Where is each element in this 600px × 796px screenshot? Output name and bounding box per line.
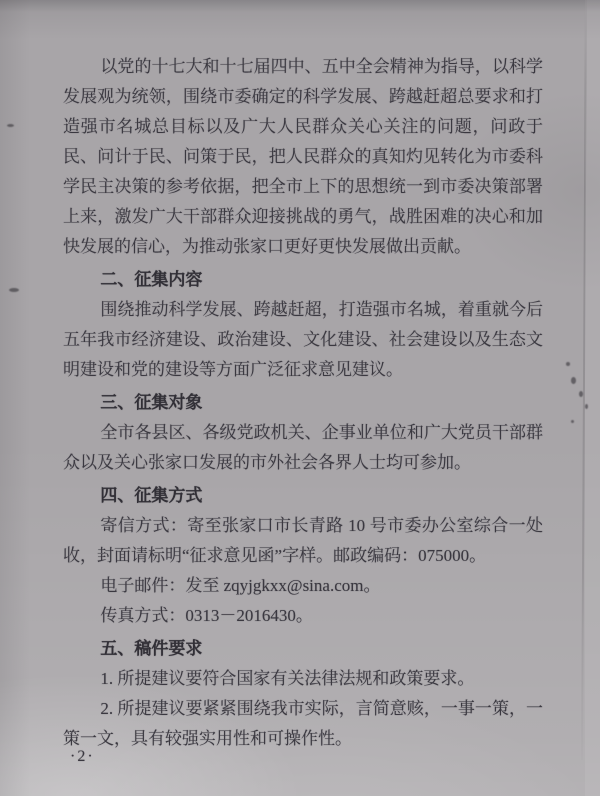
paper-smudge <box>571 377 576 384</box>
paragraph-collection-targets: 全市各县区、各级党政机关、企事业单位和广大党员干部群众以及关心张家口发展的市外社… <box>63 418 543 478</box>
paragraph-requirement-2: 2. 所提建议要紧紧围绕我市实际，言简意赅，一事一策，一策一文，具有较强实用性和… <box>63 694 543 754</box>
paper-smudge <box>579 391 583 397</box>
paragraph-email-method: 电子邮件：发至 zqyjgkxx@sina.com。 <box>63 571 543 601</box>
paper-smudge <box>9 288 19 292</box>
paragraph-fax-method: 传真方式：0313－2016430。 <box>63 601 543 631</box>
paragraph-requirement-1: 1. 所提建议要符合国家有关法律法规和政策要求。 <box>63 664 543 694</box>
paragraph-intro: 以党的十七大和十七届四中、五中全会精神为指导，以科学发展观为统领，围绕市委确定的… <box>63 52 543 262</box>
page-number: ·2· <box>70 748 95 766</box>
paragraph-mail-method: 寄信方式：寄至张家口市长青路 10 号市委办公室综合一处收，封面请标明“征求意见… <box>63 511 543 571</box>
section-heading-collection-content: 二、征集内容 <box>63 265 543 295</box>
section-heading-collection-methods: 四、征集方式 <box>63 481 543 511</box>
paper-smudge <box>566 362 570 366</box>
paper-smudge <box>585 404 588 409</box>
document-body: 以党的十七大和十七届四中、五中全会精神为指导，以科学发展观为统领，围绕市委确定的… <box>63 52 543 754</box>
section-heading-submission-requirements: 五、稿件要求 <box>63 634 543 664</box>
paper-smudge <box>7 124 14 127</box>
paper-edge-highlight <box>585 0 600 796</box>
paper-smudge <box>571 420 574 423</box>
section-heading-collection-targets: 三、征集对象 <box>63 388 543 418</box>
paper-crease-line <box>581 0 587 760</box>
photographed-document-page: 以党的十七大和十七届四中、五中全会精神为指导，以科学发展观为统领，围绕市委确定的… <box>0 0 600 796</box>
paragraph-collection-content: 围绕推动科学发展、跨越赶超，打造强市名城，着重就今后五年我市经济建设、政治建设、… <box>63 295 543 385</box>
